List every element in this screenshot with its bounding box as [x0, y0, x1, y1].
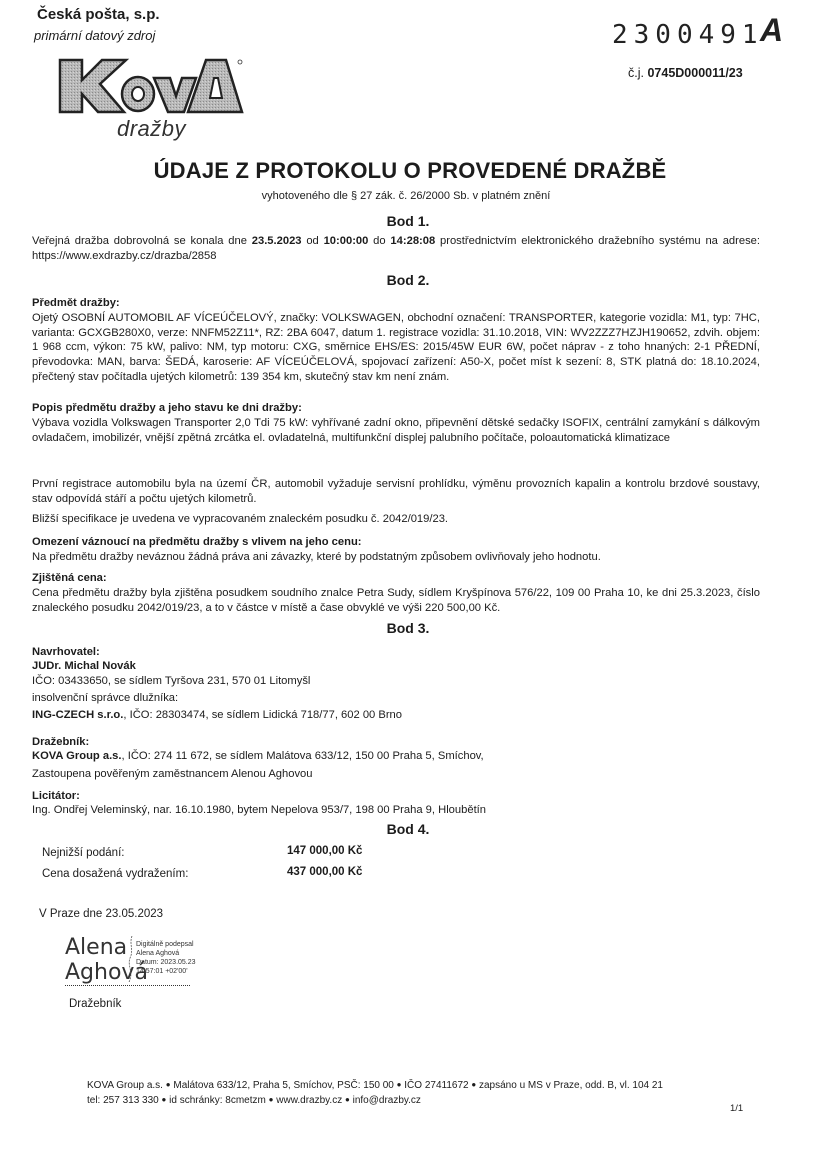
- document-number: 2300491: [612, 20, 764, 50]
- proposer-label: Navrhovatel:: [32, 645, 760, 659]
- footer-company: KOVA Group a.s.: [87, 1080, 163, 1091]
- reference-number: č.j. 0745D000011/23: [628, 66, 743, 80]
- auction-date: 23.5.2023: [252, 235, 302, 247]
- subject-text: Ojetý OSOBNÍ AUTOMOBIL AF VÍCEÚČELOVÝ, z…: [32, 311, 760, 385]
- footer-line-1: KOVA Group a.s. ● Malátova 633/12, Praha…: [87, 1078, 767, 1093]
- description-text: Výbava vozidla Volkswagen Transporter 2,…: [32, 416, 760, 446]
- bullet-icon: ●: [471, 1080, 476, 1089]
- reference-label: č.j.: [628, 66, 644, 80]
- signature-meta-line: Datum: 2023.05.23: [136, 958, 196, 967]
- bullet-icon: ●: [269, 1095, 274, 1104]
- auctioneer-name: KOVA Group a.s.: [32, 750, 122, 762]
- specification-text: Bližší specifikace je uvedena ve vypraco…: [32, 512, 760, 527]
- section-heading-bod1: Bod 1.: [0, 213, 816, 229]
- bullet-icon: ●: [166, 1080, 171, 1089]
- auctioneer-line: KOVA Group a.s., IČO: 274 11 672, se síd…: [32, 749, 760, 763]
- signature-first-name: Alena: [65, 935, 127, 960]
- licitator-block: Licitátor: Ing. Ondřej Veleminský, nar. …: [32, 789, 760, 817]
- section-heading-bod4: Bod 4.: [0, 821, 816, 837]
- bullet-icon: ●: [345, 1095, 350, 1104]
- bullet-icon: ●: [397, 1080, 402, 1089]
- auctioneer-label: Dražebník:: [32, 735, 760, 749]
- auction-text: od: [302, 235, 324, 247]
- logo-subtitle: dražby: [117, 116, 186, 142]
- footer-website-link[interactable]: www.drazby.cz: [276, 1095, 342, 1106]
- lowest-bid-value: 147 000,00 Kč: [287, 845, 362, 857]
- footer-registration: zapsáno u MS v Praze, odd. B, vl. 104 21: [479, 1080, 663, 1091]
- section-heading-bod3: Bod 3.: [0, 620, 816, 636]
- signature-role: Dražebník: [69, 998, 121, 1010]
- place-date: V Praze dne 23.05.2023: [39, 908, 163, 920]
- appraised-price-label: Zjištěná cena:: [32, 571, 760, 586]
- appraised-price-block: Zjištěná cena: Cena předmětu dražby byla…: [32, 571, 760, 615]
- licitator-label: Licitátor:: [32, 789, 760, 803]
- auction-time-from: 10:00:00: [324, 235, 369, 247]
- signature-line: [65, 985, 190, 986]
- proposer-block: Navrhovatel: JUDr. Michal Novák IČO: 034…: [32, 645, 760, 724]
- page-title: ÚDAJE Z PROTOKOLU O PROVEDENÉ DRAŽBĚ: [0, 158, 820, 184]
- page-number: 1/1: [730, 1103, 743, 1114]
- debtor-name: ING-CZECH s.r.o.: [32, 709, 123, 721]
- auction-text: Veřejná dražba dobrovolná se konala dne: [32, 235, 252, 247]
- subject-label: Předmět dražby:: [32, 296, 760, 311]
- encumbrance-label: Omezení váznoucí na předmětu dražby s vl…: [32, 535, 760, 550]
- auction-time-to: 14:28:08: [390, 235, 435, 247]
- licitator-text: Ing. Ondřej Veleminský, nar. 16.10.1980,…: [32, 803, 760, 817]
- signature-meta-line: 14:57:01 +02'00': [136, 967, 196, 976]
- final-price-label: Cena dosažená vydražením:: [42, 868, 188, 880]
- signature-meta-line: Alena Aghová: [136, 949, 196, 958]
- footer-databox: id schránky: 8cmetzm: [169, 1095, 266, 1106]
- digital-signature-meta: Digitálně podepsal Alena Aghová Datum: 2…: [136, 940, 196, 976]
- lowest-bid-label: Nejnižší podání:: [42, 847, 124, 859]
- auction-text: do: [368, 235, 390, 247]
- footer-address: Malátova 633/12, Praha 5, Smíchov, PSČ: …: [173, 1080, 394, 1091]
- signature-meta-line: Digitálně podepsal: [136, 940, 196, 949]
- debtor-detail: , IČO: 28303474, se sídlem Lidická 718/7…: [123, 709, 402, 721]
- encumbrance-text: Na předmětu dražby neváznou žádná práva …: [32, 550, 760, 565]
- description-label: Popis předmětu dražby a jeho stavu ke dn…: [32, 401, 760, 416]
- debtor-line: ING-CZECH s.r.o., IČO: 28303474, se sídl…: [32, 707, 760, 724]
- auctioneer-block: Dražebník: KOVA Group a.s., IČO: 274 11 …: [32, 735, 760, 781]
- appraised-price-text: Cena předmětu dražby byla zjištěna posud…: [32, 586, 760, 616]
- encumbrance-block: Omezení váznoucí na předmětu dražby s vl…: [32, 535, 760, 565]
- reference-value: 0745D000011/23: [647, 66, 742, 80]
- final-price-value: 437 000,00 Kč: [287, 866, 362, 878]
- page-subtitle: vyhotoveného dle § 27 zák. č. 26/2000 Sb…: [0, 190, 812, 202]
- post-name: Česká pošta, s.p.: [37, 6, 160, 23]
- auctioneer-representative: Zastoupena pověřeným zaměstnancem Alenou…: [32, 767, 760, 781]
- footer-phone: tel: 257 313 330: [87, 1095, 159, 1106]
- proposer-detail: IČO: 03433650, se sídlem Tyršova 231, 57…: [32, 673, 760, 690]
- footer-ico: IČO 27411672: [404, 1080, 468, 1091]
- subject-block: Předmět dražby: Ojetý OSOBNÍ AUTOMOBIL A…: [32, 296, 760, 385]
- description-block: Popis předmětu dražby a jeho stavu ke dn…: [32, 401, 760, 445]
- footer-line-2: tel: 257 313 330 ● id schránky: 8cmetzm …: [87, 1093, 767, 1108]
- auction-info-paragraph: Veřejná dražba dobrovolná se konala dne …: [32, 234, 760, 264]
- section-heading-bod2: Bod 2.: [0, 272, 816, 288]
- proposer-name: JUDr. Michal Novák: [32, 659, 760, 673]
- auctioneer-detail: , IČO: 274 11 672, se sídlem Malátova 63…: [122, 750, 484, 762]
- registration-text: První registrace automobilu byla na územ…: [32, 477, 760, 507]
- footer-email-link[interactable]: info@drazby.cz: [353, 1095, 421, 1106]
- kova-logo: [56, 56, 246, 116]
- post-source-label: primární datový zdroj: [34, 28, 155, 43]
- trustee-label: insolvenční správce dlužníka:: [32, 690, 760, 707]
- document-mark: A: [760, 12, 783, 49]
- bullet-icon: ●: [162, 1095, 167, 1104]
